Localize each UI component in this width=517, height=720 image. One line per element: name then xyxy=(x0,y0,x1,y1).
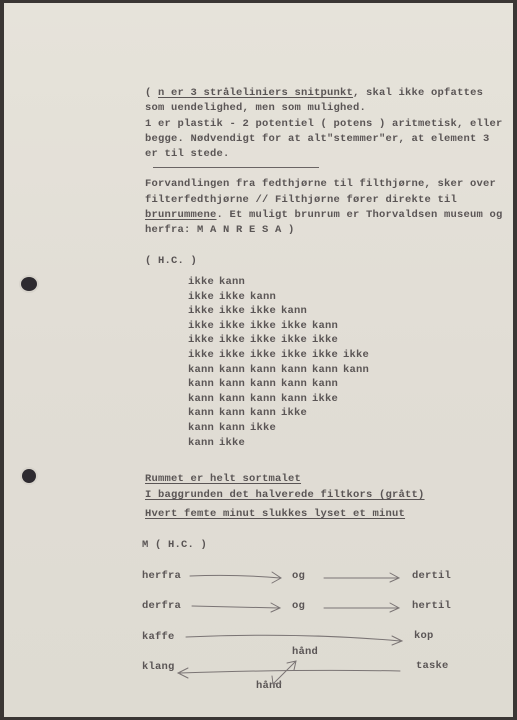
pyramid-word: kann xyxy=(219,363,250,378)
pyramid-word: kann xyxy=(250,406,281,421)
open-paren: ( xyxy=(145,87,158,99)
stage-note-1: Rummet er helt sortmalet xyxy=(145,472,301,487)
pyramid-word: ikke xyxy=(250,348,281,363)
hc-label: ( H.C. ) xyxy=(145,254,197,269)
pyramid-word: ikke xyxy=(188,333,219,348)
paragraph2-line3: brunrummene. Et muligt brunrum er Thorva… xyxy=(145,208,503,223)
pyramid-word: kann xyxy=(188,363,219,378)
pyramid-row: kannkannkannkannkannkann xyxy=(188,363,374,378)
pyramid-word: ikke xyxy=(188,290,219,305)
pyramid-word: ikke xyxy=(312,392,343,407)
punch-hole-bottom xyxy=(22,469,36,483)
line-rest: . Et muligt brunrum er Thorvaldsen museu… xyxy=(217,209,503,221)
row1-left: herfra xyxy=(142,569,181,584)
pyramid-word: ikke xyxy=(250,304,281,319)
pyramid-word: kann xyxy=(219,275,250,290)
pyramid-word: ikke xyxy=(250,319,281,334)
pyramid-word: kann xyxy=(219,392,250,407)
pyramid-word: ikke xyxy=(219,304,250,319)
paragraph1-line3: 1 er plastik - 2 potentiel ( potens ) ar… xyxy=(145,117,503,132)
row4-upper: hånd xyxy=(292,645,318,660)
paragraph1-line2: som uendelighed, men som mulighed. xyxy=(145,101,366,116)
pyramid-word: kann xyxy=(188,421,219,436)
pyramid-row: kannkannkannikke xyxy=(188,406,312,421)
pyramid-word: kann xyxy=(250,377,281,392)
pyramid-word: kann xyxy=(250,290,281,305)
pyramid-word: kann xyxy=(250,392,281,407)
pyramid-word: kann xyxy=(188,436,219,451)
pyramid-word: kann xyxy=(312,377,343,392)
row3-right: kop xyxy=(414,629,434,644)
row4-left: klang xyxy=(142,660,175,675)
pyramid-word: kann xyxy=(219,377,250,392)
stage-note-2: I baggrunden det halverede filtkors (grå… xyxy=(145,488,425,503)
pyramid-word: ikke xyxy=(281,319,312,334)
pyramid-row: ikkeikkeikkekann xyxy=(188,304,312,319)
line-rest: , skal ikke opfattes xyxy=(353,87,483,99)
pyramid-word: kann xyxy=(219,421,250,436)
pyramid-word: ikke xyxy=(219,290,250,305)
pyramid-word: ikke xyxy=(188,304,219,319)
paragraph2-line2: filterfedthjørne // Filthjørne fører dir… xyxy=(145,193,457,208)
pyramid-word: kann xyxy=(281,377,312,392)
pyramid-row: ikkeikkekann xyxy=(188,290,281,305)
row2-right: hertil xyxy=(412,599,451,614)
pyramid-row: ikkeikkeikkeikkeikkeikke xyxy=(188,348,374,363)
divider-rule xyxy=(153,167,319,168)
pyramid-word: kann xyxy=(312,319,343,334)
paragraph1-line4: begge. Nødvendigt for at alt"stemmer"er,… xyxy=(145,132,490,147)
mhc-label: M ( H.C. ) xyxy=(142,538,207,553)
pyramid-word: ikke xyxy=(281,406,312,421)
pyramid-word: ikke xyxy=(343,348,374,363)
row2-middle: og xyxy=(292,599,305,614)
pyramid-word: kann xyxy=(281,392,312,407)
pyramid-row: kannikke xyxy=(188,436,250,451)
paragraph2-line1: Forvandlingen fra fedthjørne til filthjø… xyxy=(145,177,496,192)
underlined-word: brunrummene xyxy=(145,209,217,221)
pyramid-word: kann xyxy=(281,363,312,378)
row1-right: dertil xyxy=(412,569,451,584)
pyramid-word: kann xyxy=(188,377,219,392)
pyramid-row: kannkannkannkannkann xyxy=(188,377,343,392)
row1-middle: og xyxy=(292,569,305,584)
pyramid-row: ikkeikkeikkeikkeikke xyxy=(188,333,343,348)
pyramid-word: kann xyxy=(343,363,374,378)
pyramid-word: ikke xyxy=(312,333,343,348)
pyramid-word: ikke xyxy=(219,436,250,451)
pyramid-word: ikke xyxy=(188,275,219,290)
pyramid-word: ikke xyxy=(250,421,281,436)
pyramid-word: ikke xyxy=(219,319,250,334)
paragraph1-line5: er til stede. xyxy=(145,147,230,162)
pyramid-row: ikkekann xyxy=(188,275,250,290)
pyramid-row: kannkannkannkannikke xyxy=(188,392,343,407)
pyramid-word: ikke xyxy=(281,348,312,363)
stage-note-3: Hvert femte minut slukkes lyset et minut xyxy=(145,507,405,522)
pyramid-row: kannkannikke xyxy=(188,421,281,436)
pyramid-word: ikke xyxy=(281,333,312,348)
row4-right: taske xyxy=(416,659,449,674)
pyramid-word: kann xyxy=(250,363,281,378)
paragraph1-line1: ( n er 3 stråleliniers snitpunkt, skal i… xyxy=(145,86,483,101)
pyramid-word: ikke xyxy=(219,348,250,363)
row2-left: derfra xyxy=(142,599,181,614)
row4-lower: hånd xyxy=(256,679,282,694)
underlined-phrase: n er 3 stråleliniers snitpunkt xyxy=(158,87,353,99)
pyramid-word: ikke xyxy=(188,348,219,363)
paragraph2-line4: herfra: M A N R E S A ) xyxy=(145,223,295,238)
row3-left: kaffe xyxy=(142,630,175,645)
pyramid-word: ikke xyxy=(250,333,281,348)
punch-hole-top xyxy=(21,277,37,291)
pyramid-word: ikke xyxy=(312,348,343,363)
pyramid-word: ikke xyxy=(188,319,219,334)
pyramid-word: kann xyxy=(188,392,219,407)
pyramid-row: ikkeikkeikkeikkekann xyxy=(188,319,343,334)
pyramid-word: kann xyxy=(188,406,219,421)
pyramid-word: kann xyxy=(219,406,250,421)
pyramid-word: kann xyxy=(281,304,312,319)
pyramid-word: kann xyxy=(312,363,343,378)
pyramid-word: ikke xyxy=(219,333,250,348)
